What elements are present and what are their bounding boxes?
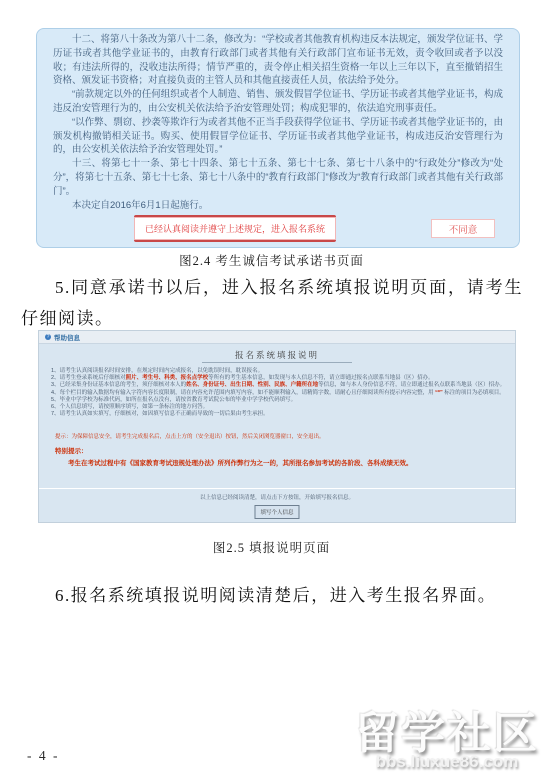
instructions-title: 报名系统填报说明: [39, 349, 515, 361]
title-underline: [202, 362, 352, 363]
commitment-text: 十二、将第八十条改为第八十二条，修改为：“学校或者其他教育机构违反本法规定，颁发…: [53, 33, 503, 212]
help-list: 1、请考生认真阅读报名时间安排，在规定时间内完成报名，以免耽误时间，耽误报名。2…: [51, 368, 507, 418]
watermark-title: 留学社区: [355, 712, 539, 756]
figure-2-4-caption: 图2.4 考生诚信考试承诺书页面: [0, 251, 543, 269]
help-info-icon: ?: [45, 334, 51, 340]
document-page: 十二、将第八十条改为第八十二条，修改为：“学校或者其他教育机构违反本法规定，颁发…: [0, 0, 543, 778]
figure-2-5-caption: 图2.5 填报说明页面: [0, 538, 543, 556]
special-tip-label: 特别提示：: [55, 446, 88, 455]
step-6-paragraph: 6.报名系统填报说明阅读清楚后，进入考生报名界面。: [21, 580, 523, 611]
help-list-item: 3、已经采集身份证基本信息的考生，须仔细核对本人的姓名、身份证号、出生日期、性别…: [51, 382, 507, 389]
help-list-item: 7、请考生认真如实填写，仔细核对，如因填写信息不正确而导致的一切后果由考生承担。: [51, 411, 507, 418]
commitment-paragraph: 十二、将第八十条改为第八十二条，修改为：“学校或者其他教育机构违反本法规定，颁发…: [53, 33, 503, 88]
agree-button-highlight-box: 已经认真阅读并遵守上述规定，进入报名系统: [134, 215, 336, 242]
watermark-url: bbs.liuxue86.com: [355, 752, 539, 772]
help-list-item: 4、每个栏目的输入数据均有输入字符内容长度限制，请在内容允许范围内填写内容，如不…: [51, 390, 507, 397]
disagree-button[interactable]: 不同意: [431, 219, 495, 238]
commitment-page-screenshot: 十二、将第八十条改为第八十二条，修改为：“学校或者其他教育机构违反本法规定，颁发…: [36, 28, 520, 248]
instructions-page-screenshot: ? 帮助信息 报名系统填报说明 1、请考生认真阅读报名时间安排，在规定时间内完成…: [38, 330, 516, 523]
confirm-read-text: 以上信息已经阅读清楚，请点击下方按钮，开始填写报名信息。: [39, 493, 515, 501]
commitment-paragraph: 十三、将第七十一条、第七十四条、第七十五条、第七十七条、第七十八条中的“行政处分…: [53, 157, 503, 198]
help-list-item: 5、毕业中学学校为标准代码，如所在报名点没有，请按省教育考试院公布的毕业中学学校…: [51, 397, 507, 404]
help-info-label: 帮助信息: [54, 333, 80, 342]
fill-personal-info-button[interactable]: 填写个人信息: [254, 505, 299, 519]
special-tip-text: 考生在考试过程中有《国家教育考试违规处理办法》所列作弊行为之一的，其所报名参加考…: [55, 458, 495, 467]
watermark: 留学社区 bbs.liuxue86.com: [355, 712, 539, 772]
commitment-paragraph: “以作弊、剽窃、抄袭等欺诈行为或者其他不正当手段获得学位证书、学历证书或者其他学…: [53, 116, 503, 157]
page-number: - 4 -: [27, 748, 60, 764]
commitment-paragraph: “前款规定以外的任何组织或者个人制造、销售、颁发假冒学位证书、学历证书或者其他学…: [53, 88, 503, 116]
help-info-header: ? 帮助信息: [39, 331, 515, 344]
step-5-paragraph: 5.同意承诺书以后，进入报名系统填报说明页面，请考生仔细阅读。: [21, 272, 523, 334]
security-tip-text: 提示：为保障信息安全，请考生完成报名后，点击上方的（安全退出）按钮，然后关闭浏览…: [55, 432, 503, 440]
panel-divider: [39, 488, 515, 489]
commitment-paragraph: 本决定自2016年6月1日起施行。: [53, 199, 503, 213]
agree-enter-system-button[interactable]: 已经认真阅读并遵守上述规定，进入报名系统: [134, 217, 336, 240]
